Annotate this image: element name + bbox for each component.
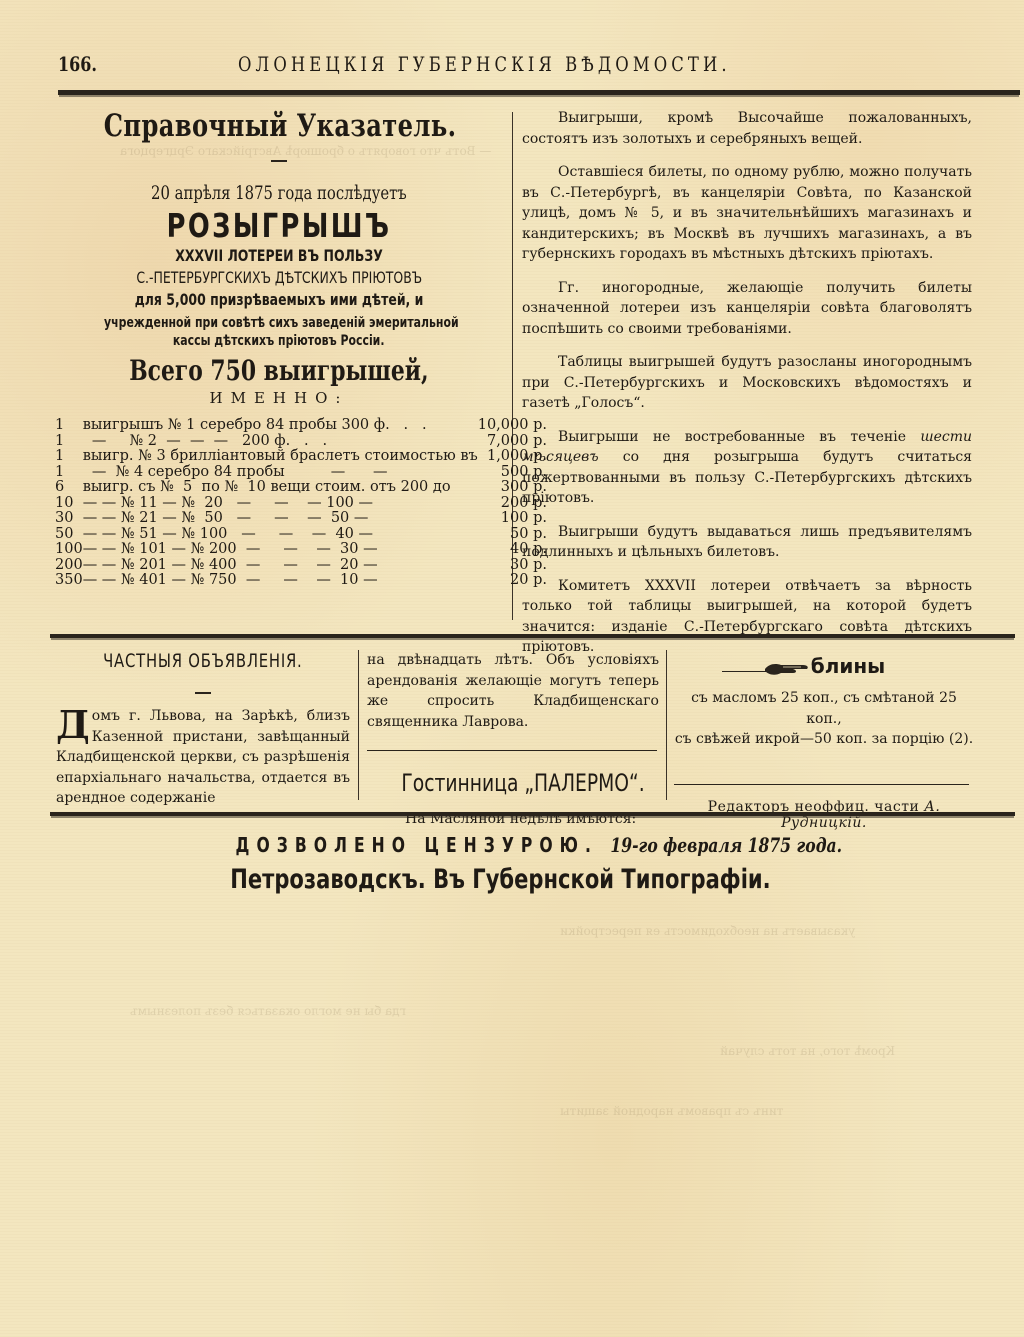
prize-description: — — № 11 — № 20 — — — 100 — <box>83 496 478 512</box>
prize-description: выигр. съ № 5 по № 10 вещи стоим. отъ 20… <box>83 480 478 496</box>
house-ad-text: омъ г. Львова, на Зарѣкѣ, близъ Казенной… <box>56 708 350 806</box>
censor-label: ДОЗВОЛЕНО ЦЕНЗУРОЮ. 19-го февраля 1875 г… <box>236 833 843 857</box>
ad-rule <box>367 750 657 751</box>
bleed-through-text: указываетъ на необходимость ея перестрой… <box>560 920 855 942</box>
paragraph-unclaimed: Выигрыши не востребованные въ теченіе ше… <box>522 427 972 509</box>
children-line: для 5,000 призрѣваемыхъ ими дѣтей, и <box>135 290 424 309</box>
total-prizes: Всего 750 выигрышей, <box>129 354 428 387</box>
prize-table: 1выигрышъ № 1 серебро 84 пробы 300 ф. . … <box>55 418 547 589</box>
prize-description: — — № 51 — № 100 — — — 40 — <box>83 527 478 543</box>
section-title: Справочный Указатель. <box>104 108 457 144</box>
prize-row: 50— — № 51 — № 100 — — — 40 —50 р. <box>55 527 547 543</box>
masthead: ОЛОНЕЦКІЯ ГУБЕРНСКІЯ ВѢДОМОСТИ. <box>238 52 731 76</box>
bleed-through-text: тинъ съ правомъ народной защиты <box>560 1100 783 1122</box>
prize-row: 30— — № 21 — № 50 — — — 50 —100 р. <box>55 511 547 527</box>
lottery-details: Выигрыши, кромѣ Высочайше пожалованныхъ,… <box>522 108 972 672</box>
prize-count: 30 <box>55 511 83 527</box>
prize-table-wrap: 1выигрышъ № 1 серебро 84 пробы 300 ф. . … <box>55 418 501 589</box>
paragraph-prizes: Выигрыши, кромѣ Высочайше пожалованныхъ,… <box>522 108 972 149</box>
prize-row: 200— — № 201 — № 400 — — — 20 —30 р. <box>55 558 547 574</box>
bliny-ad: блины съ масломъ 25 коп., съ смѣтаной 25… <box>674 654 974 831</box>
prize-row: 6выигр. съ № 5 по № 10 вещи стоим. отъ 2… <box>55 480 547 496</box>
namely-label: ИМЕННО: <box>210 389 349 407</box>
fund-line: кассы дѣтскихъ пріютовъ Россіи. <box>173 333 385 349</box>
prize-row: 10— — № 11 — № 20 — — — 100 —200 р. <box>55 496 547 512</box>
censor-text: ДОЗВОЛЕНО ЦЕНЗУРОЮ. <box>236 833 598 857</box>
ad-rule <box>674 784 969 785</box>
prize-description: выигрышъ № 1 серебро 84 пробы 300 ф. . . <box>83 418 478 434</box>
house-ad-continued: на двѣнадцать лѣтъ. Объ условіяхъ арендо… <box>367 650 659 830</box>
ads-title: ЧАСТНЫЯ ОБЪЯВЛЕНІЯ. <box>103 650 302 672</box>
bliny-title: блины <box>811 654 886 678</box>
prize-description: выигр. № 3 бриллiантовый браслетъ стоимо… <box>83 449 478 465</box>
prize-description: — № 4 серебро 84 пробы — — <box>83 465 478 481</box>
drop-cap: Д <box>56 708 90 742</box>
prize-row: 1 — № 4 серебро 84 пробы — —500 р. <box>55 465 547 481</box>
bliny-prices-1: съ масломъ 25 коп., съ смѣтаной 25 коп., <box>674 688 974 729</box>
section-rule <box>50 634 1015 638</box>
bliny-prices-2: съ свѣжей икрой—50 коп. за порцію (2). <box>674 729 974 750</box>
prize-count: 6 <box>55 480 83 496</box>
bleed-through-text: Кромѣ того, на тотъ случай <box>720 1040 895 1062</box>
prize-count: 1 <box>55 449 83 465</box>
lottery-announcement: Справочный Указатель. 20 апрѣля 1875 год… <box>54 108 504 410</box>
page-header: 166. ОЛОНЕЦКІЯ ГУБЕРНСКІЯ ВѢДОМОСТИ. <box>58 52 958 82</box>
lottery-line: XXXVII ЛОТЕРЕИ ВЪ ПОЛЬЗУ <box>175 246 383 265</box>
house-ad: Домъ г. Львова, на Зарѣкѣ, близъ Казенно… <box>56 706 350 809</box>
private-ads: ЧАСТНЫЯ ОБЪЯВЛЕНІЯ. Домъ г. Львова, на З… <box>56 650 350 809</box>
prize-count: 100 <box>55 542 83 558</box>
prize-description: — — № 401 — № 750 — — — 10 — <box>83 573 478 589</box>
founded-line: учрежденной при совѣтѣ сихъ заведеній эм… <box>104 315 459 331</box>
pointing-hand-icon <box>763 660 811 678</box>
prize-description: — — № 201 — № 400 — — — 20 — <box>83 558 478 574</box>
printer-imprint: Петрозаводскъ. Въ Губернской Типографіи. <box>230 864 770 895</box>
page-number: 166. <box>58 52 97 76</box>
prize-description: — — № 21 — № 50 — — — 50 — <box>83 511 478 527</box>
prize-row: 100— — № 101 — № 200 — — — 30 —40 р. <box>55 542 547 558</box>
paragraph-tickets: Оставшіеся билеты, по одному рублю, можн… <box>522 162 972 265</box>
prize-count: 350 <box>55 573 83 589</box>
printer-line: Петрозаводскъ. Въ Губернской Типографіи. <box>150 864 850 895</box>
prize-row: 1выигрышъ № 1 серебро 84 пробы 300 ф. . … <box>55 418 547 434</box>
paragraph-tables: Таблицы выигрышей будутъ разосланы иного… <box>522 352 972 414</box>
footer-rule <box>50 812 1015 816</box>
draw-title: РОЗЫГРЫШЪ <box>167 206 392 245</box>
prize-count: 1 <box>55 434 83 450</box>
prize-description: — — № 101 — № 200 — — — 30 — <box>83 542 478 558</box>
paragraph-out-of-town: Гг. иногородные, желающіе получить билет… <box>522 278 972 340</box>
prize-row: 1 — № 2 — — — 200 ф. . .7,000 р. <box>55 434 547 450</box>
divider-dash <box>271 160 287 162</box>
prize-count: 1 <box>55 418 83 434</box>
ads-divider-2 <box>666 650 667 800</box>
prize-count: 200 <box>55 558 83 574</box>
prize-count: 10 <box>55 496 83 512</box>
orphanages-line: С.-ПЕТЕРБУРГСКИХЪ ДѢТСКИХЪ ПРІЮТОВЪ <box>136 268 422 287</box>
prize-row: 350— — № 401 — № 750 — — — 10 —20 р. <box>55 573 547 589</box>
unclaimed-text: Выигрыши не востребованные въ теченіе <box>558 429 920 445</box>
house-ad-text-cont: на двѣнадцать лѣтъ. Объ условіяхъ арендо… <box>367 650 659 732</box>
bleed-through-text: гда бы не могло оказаться безъ полезнымъ <box>130 1000 406 1022</box>
hotel-title: Гостинница „ПАЛЕРМО“. <box>401 769 644 797</box>
prize-description: — № 2 — — — 200 ф. . . <box>83 434 478 450</box>
prize-count: 50 <box>55 527 83 543</box>
header-rule <box>58 90 1020 95</box>
censor-date: 19-го февраля 1875 года. <box>610 833 842 857</box>
ads-divider-1 <box>358 650 359 800</box>
divider-dash <box>195 692 211 694</box>
paragraph-committee: Комитетъ XXXVII лотереи отвѣчаетъ за вѣр… <box>522 576 972 658</box>
paragraph-bearers: Выигрыши будутъ выдаваться лишь предъяви… <box>522 522 972 563</box>
date-line: 20 апрѣля 1875 года послѣдуетъ <box>151 182 407 204</box>
newspaper-page: — Вотъ что говорятъ о брошюрѣ Австрійска… <box>0 0 1024 1337</box>
prize-count: 1 <box>55 465 83 481</box>
prize-row: 1выигр. № 3 бриллiантовый браслетъ стоим… <box>55 449 547 465</box>
censorship-line: ДОЗВОЛЕНО ЦЕНЗУРОЮ. 19-го февраля 1875 г… <box>150 833 850 857</box>
